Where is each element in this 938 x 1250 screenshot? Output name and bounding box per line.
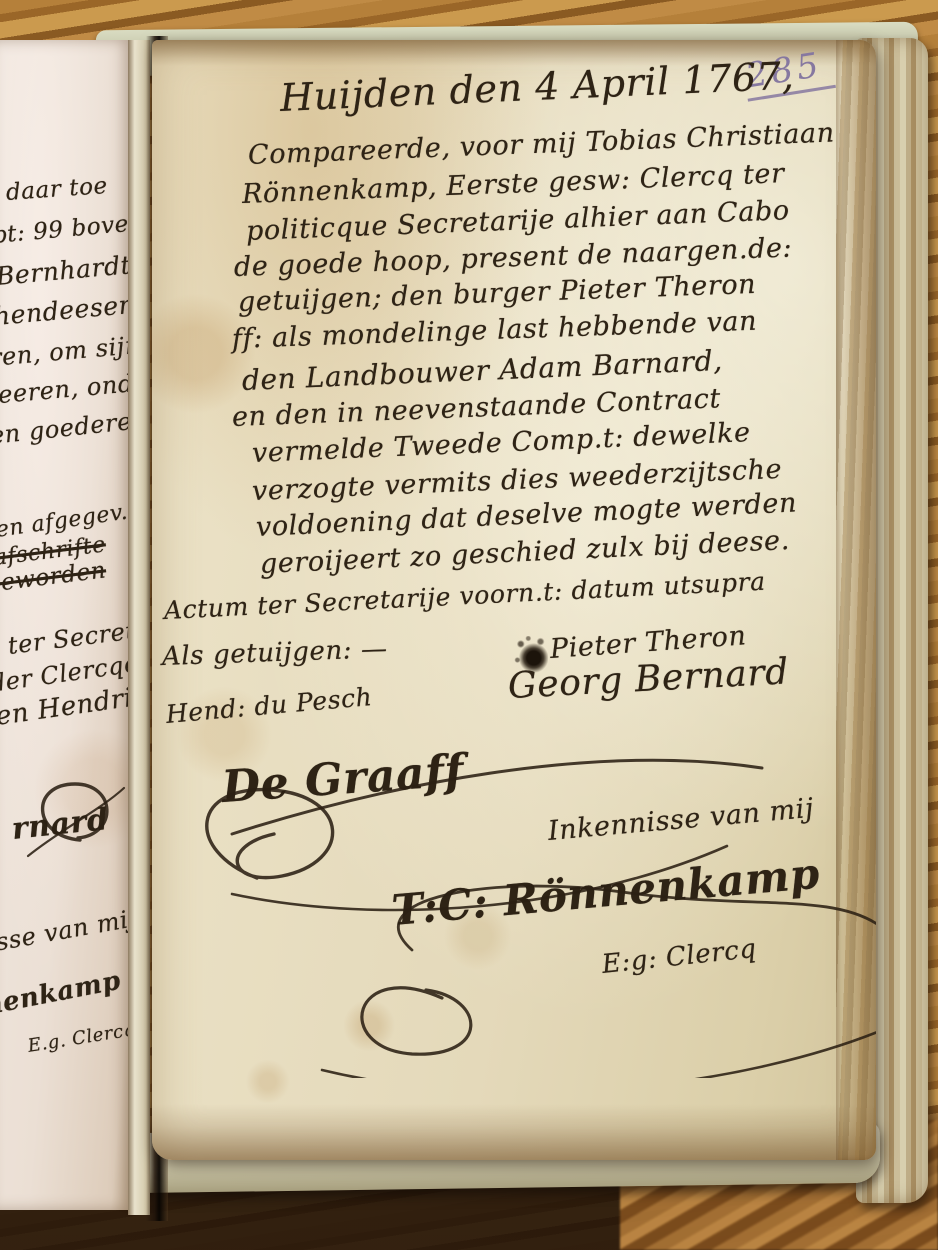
- page-bottom-stain: [152, 1104, 876, 1160]
- signature-de-graaff: De Graaff: [220, 745, 465, 813]
- manuscript-line: Als getuijgen: —: [161, 634, 388, 672]
- deckled-page-edge: [836, 40, 876, 1160]
- manuscript-line: Actum ter Secretarije voorn.t: datum uts…: [163, 567, 766, 625]
- right-page: 285 Huijden den 4 April 1767, Compareerd…: [152, 40, 876, 1160]
- left-page-fragment: en goederen: [0, 405, 134, 449]
- left-page-fragment: isse van mij: [0, 904, 134, 958]
- left-page-fragment: Bernhardt: [0, 250, 132, 291]
- left-page-fragment: teeren, onder: [0, 367, 134, 410]
- left-page-signature-fragment: nenkamp: [0, 966, 123, 1022]
- left-page-fragment: daar toe: [5, 173, 109, 206]
- left-page-signature-fragment: rnard: [10, 802, 110, 847]
- left-page-fragment: pt: 99 bovend: [0, 208, 134, 249]
- signature-georg-bernard: Georg Bernard: [507, 651, 790, 707]
- signature-hend-du-pesch: Hend: du Pesch: [165, 682, 374, 729]
- left-page: daar toe pt: 99 bovend Bernhardt hendees…: [0, 40, 134, 1210]
- attestation-in-kennisse: Inkennisse van mij: [547, 793, 815, 847]
- signature-ronnenkamp: T:C: Rönnenkamp: [390, 849, 822, 935]
- left-page-fragment: hendeesen: [0, 290, 134, 331]
- left-page-fragment: ren, om sijn: [0, 331, 134, 372]
- manuscript-photo: daar toe pt: 99 bovend Bernhardt hendees…: [0, 0, 938, 1250]
- left-page-fragment: E.g. Clercq: [26, 1019, 134, 1057]
- signature-title-eg-clercq: E:g: Clercq: [600, 934, 758, 980]
